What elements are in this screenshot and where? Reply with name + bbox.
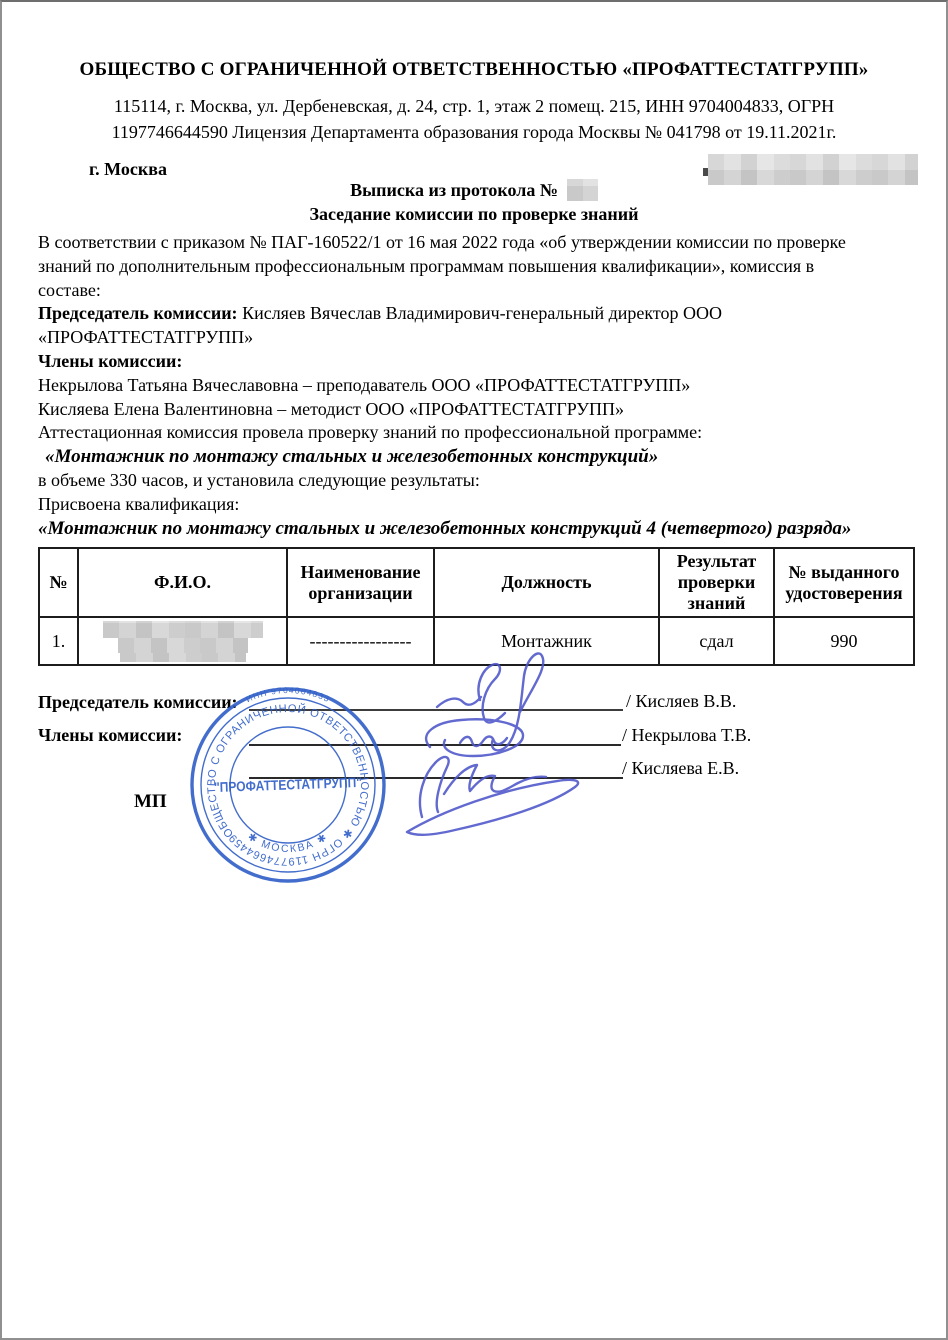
chairman-inline-text: Кисляев Вячеслав Владимирович-генеральны… bbox=[238, 303, 722, 323]
body-line: Присвоена квалификация: bbox=[38, 493, 918, 517]
cell-num: 1. bbox=[39, 617, 78, 665]
body-line: в объеме 330 часов, и установила следующ… bbox=[38, 469, 918, 493]
address-line-1: 115114, г. Москва, ул. Дербеневская, д. … bbox=[64, 93, 884, 119]
body-line: Кисляева Елена Валентиновна – методист О… bbox=[38, 398, 918, 422]
col-header-result: Результат проверки знаний bbox=[659, 548, 774, 617]
company-title: ОБЩЕСТВО С ОГРАНИЧЕННОЙ ОТВЕТСТВЕННОСТЬЮ… bbox=[2, 59, 946, 81]
col-header-num: № bbox=[39, 548, 78, 617]
company-address: 115114, г. Москва, ул. Дербеневская, д. … bbox=[64, 93, 884, 145]
col-header-cert: № выданного удостоверения bbox=[774, 548, 914, 617]
city-label: г. Москва bbox=[89, 159, 167, 180]
address-line-2: 1197746644590 Лицензия Департамента обра… bbox=[64, 119, 884, 145]
col-header-org: Наименование организации bbox=[287, 548, 434, 617]
date-quote-mark bbox=[703, 168, 708, 176]
body-line: составе: bbox=[38, 279, 918, 303]
program-name: «Монтажник по монтажу стальных и железоб… bbox=[38, 445, 918, 469]
document-body: В соответствии с приказом № ПАГ-160522/1… bbox=[38, 231, 918, 540]
body-line: Некрылова Татьяна Вячеславовна – препода… bbox=[38, 374, 918, 398]
qualification-name: «Монтажник по монтажу стальных и железоб… bbox=[38, 517, 918, 541]
stamp-center-text: "ПРОФАТТЕСТАТГРУПП" bbox=[214, 774, 362, 795]
protocol-title-line: Выписка из протокола № bbox=[2, 179, 946, 201]
chairman-inline-label: Председатель комиссии: bbox=[38, 303, 238, 323]
member2-name: / Кисляева Е.В. bbox=[622, 758, 739, 779]
redacted-name-block bbox=[83, 621, 282, 662]
company-stamp: ОБЩЕСТВО С ОГРАНИЧЕННОЙ ОТВЕТСТВЕННОСТЬЮ… bbox=[187, 684, 389, 886]
results-table: № Ф.И.О. Наименование организации Должно… bbox=[38, 547, 915, 666]
cell-cert-no: 990 bbox=[774, 617, 914, 665]
members-signature-label: Члены комиссии: bbox=[38, 725, 182, 746]
document-page: ОБЩЕСТВО С ОГРАНИЧЕННОЙ ОТВЕТСТВЕННОСТЬЮ… bbox=[0, 0, 948, 1340]
cell-result: сдал bbox=[659, 617, 774, 665]
body-line: Председатель комиссии: Кисляев Вячеслав … bbox=[38, 302, 918, 326]
body-line: «ПРОФАТТЕСТАТГРУПП» bbox=[38, 326, 918, 350]
redacted-strip bbox=[103, 621, 263, 638]
col-header-position: Должность bbox=[434, 548, 659, 617]
table-header-row: № Ф.И.О. Наименование организации Должно… bbox=[39, 548, 914, 617]
member1-name: / Некрылова Т.В. bbox=[622, 725, 751, 746]
redacted-strip bbox=[120, 653, 246, 662]
cell-fio-redacted bbox=[78, 617, 287, 665]
redacted-strip bbox=[118, 638, 248, 653]
body-line: знаний по дополнительным профессиональны… bbox=[38, 255, 918, 279]
col-header-fio: Ф.И.О. bbox=[78, 548, 287, 617]
body-line: Аттестационная комиссия провела проверку… bbox=[38, 421, 918, 445]
mp-seal-label: МП bbox=[134, 791, 167, 813]
signature-nekrylova bbox=[426, 719, 523, 756]
session-title: Заседание комиссии по проверке знаний bbox=[2, 204, 946, 225]
redacted-protocol-number bbox=[567, 179, 598, 201]
chair-name: / Кисляев В.В. bbox=[626, 691, 736, 712]
body-line: В соответствии с приказом № ПАГ-160522/1… bbox=[38, 231, 918, 255]
signature-kislyaeva bbox=[407, 757, 578, 835]
members-inline-label: Члены комиссии: bbox=[38, 350, 918, 374]
handwritten-signatures bbox=[382, 650, 617, 845]
protocol-title: Выписка из протокола № bbox=[350, 180, 558, 200]
